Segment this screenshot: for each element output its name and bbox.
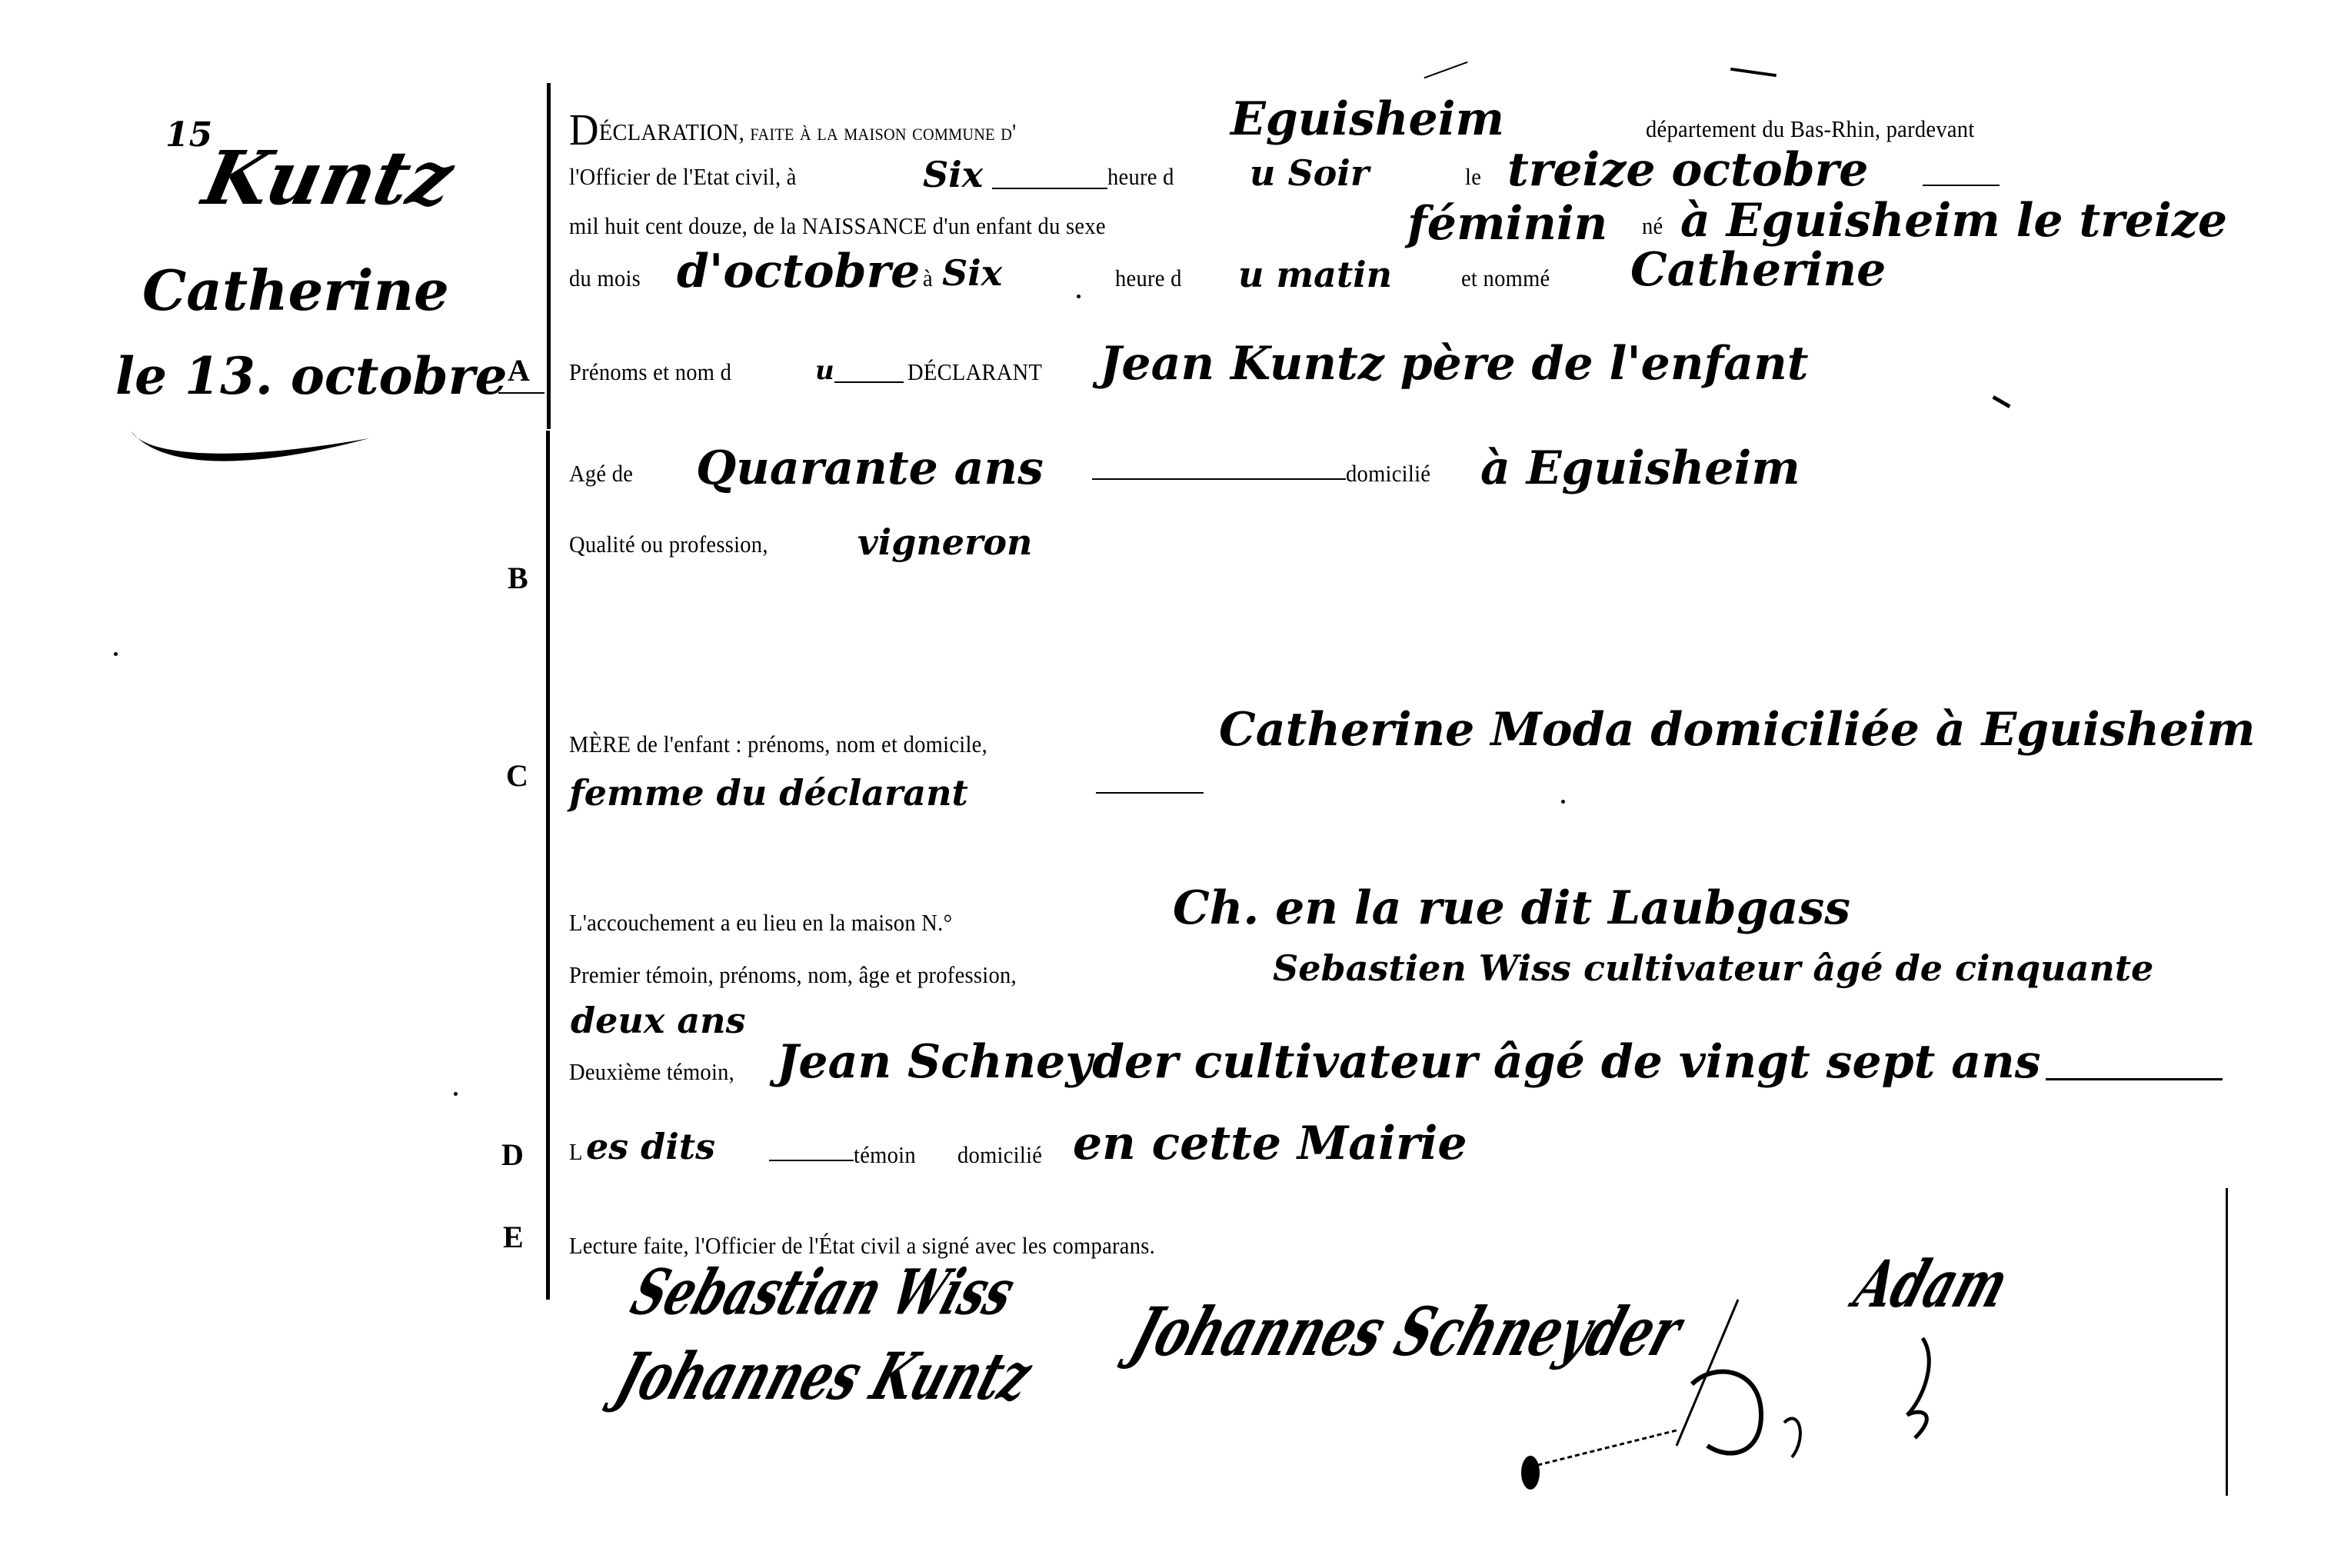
declarant-domicile-handwritten: à Eguisheim	[1480, 441, 1800, 495]
declaration-date-handwritten: treize octobre	[1507, 143, 1868, 197]
sex-handwritten: féminin	[1407, 197, 1607, 251]
commune-handwritten: Eguisheim	[1230, 92, 1504, 146]
signature-witness1: Sebastian Wiss	[623, 1256, 1024, 1329]
scan-speck	[454, 1092, 458, 1096]
ne-text: né	[1642, 212, 1663, 240]
blank-line	[834, 381, 904, 383]
witnesses-label-b: témoin	[854, 1141, 916, 1169]
heure-text-1: heure d	[1107, 163, 1174, 191]
witnesses-domicile-handwritten: en cette Mairie	[1073, 1117, 1467, 1170]
section-letter-c: C	[506, 757, 528, 794]
birthplace-date-handwritten: à Eguisheim le treize	[1680, 194, 2227, 248]
age-label: Agé de	[569, 460, 633, 488]
letter-a-underline	[498, 392, 544, 394]
du-mois-text: du mois	[569, 265, 641, 292]
nomme-text: et nommé	[1461, 265, 1550, 292]
signature-declarant: Johannes Kuntz	[608, 1340, 1041, 1415]
declarant-profession-handwritten: vigneron	[857, 521, 1032, 563]
register-page: 15 Kuntz Catherine le 13. octobre A B C …	[0, 0, 2331, 1568]
witness1-handwritten: Sebastien Wiss cultivateur âgé de cinqua…	[1273, 947, 2153, 989]
scan-speck	[1077, 295, 1081, 298]
blank-line	[1923, 185, 2000, 186]
officer-paraph-flourish	[1584, 1292, 2046, 1492]
scan-mark	[1730, 68, 1777, 77]
margin-given-name: Catherine	[142, 258, 449, 323]
margin-entry-number: 15	[165, 115, 212, 155]
scan-mark	[1424, 62, 1467, 78]
declaration-line1-text: ÉCLARATION, faite à la maison commune d'	[599, 118, 1017, 145]
month-handwritten: d'octobre	[677, 245, 920, 298]
witness2-handwritten: Jean Schneyder cultivateur âgé de vingt …	[777, 1035, 2040, 1089]
margin-date: le 13. octobre	[115, 346, 507, 406]
naissance-text: mil huit cent douze, de la NAISSANCE d'u…	[569, 212, 1106, 240]
officer-text: l'Officier de l'Etat civil, à	[569, 163, 797, 191]
margin-underline-flourish	[115, 415, 392, 477]
domicile-label: domicilié	[1346, 460, 1430, 488]
witness1-handwritten-line2: deux ans	[571, 1000, 745, 1041]
birthplace-label: L'accouchement a eu lieu en la maison N.…	[569, 909, 952, 937]
scan-speck	[1561, 800, 1565, 804]
mother-handwritten: Catherine Moda domiciliée à Eguisheim	[1219, 703, 2256, 757]
declaration-hour-handwritten: Six	[923, 154, 983, 195]
profession-label: Qualité ou profession,	[569, 531, 768, 558]
declaration-initial: D	[569, 105, 599, 155]
declarant-age-handwritten: Quarante ans	[696, 441, 1044, 495]
heure-text-2: heure d	[1115, 265, 1182, 292]
margin-surname: Kuntz	[196, 135, 461, 221]
birth-period-handwritten: u matin	[1238, 254, 1392, 295]
witnesses-label-a: L	[569, 1138, 583, 1166]
section-letter-a: A	[508, 352, 530, 388]
mother-label: MÈRE de l'enfant : prénoms, nom et domic…	[569, 731, 987, 758]
le-text: le	[1465, 163, 1481, 191]
child-name-handwritten: Catherine	[1630, 243, 1886, 297]
blank-line	[2046, 1078, 2223, 1080]
blank-line	[1096, 792, 1204, 794]
witness2-label: Deuxième témoin,	[569, 1058, 734, 1086]
declarant-label-a: Prénoms et nom d	[569, 358, 731, 386]
right-edge-rule	[2226, 1188, 2228, 1496]
section-letter-e: E	[503, 1219, 524, 1255]
declarant-article-handwritten: u	[815, 355, 834, 386]
mother-handwritten-line2: femme du déclarant	[569, 772, 968, 814]
witnesses-handwritten-a: es dits	[586, 1126, 715, 1167]
scan-speck	[114, 652, 118, 656]
vertical-rule-top	[547, 83, 551, 429]
department-text: département du Bas-Rhin, pardevant	[1646, 115, 1975, 143]
vertical-rule-bottom	[546, 431, 550, 1300]
blank-line	[992, 188, 1107, 189]
section-letter-d: D	[501, 1137, 524, 1173]
birthplace-handwritten: Ch. en la rue dit Laubgass	[1173, 881, 1850, 935]
a-text: à	[923, 265, 933, 292]
witnesses-label-c: domicilié	[957, 1141, 1042, 1169]
blank-line	[1092, 478, 1346, 480]
witness1-label: Premier témoin, prénoms, nom, âge et pro…	[569, 961, 1017, 989]
declarant-label-b: DÉCLARANT	[907, 358, 1042, 386]
declaration-line1: DÉCLARATION, faite à la maison commune d…	[569, 108, 1017, 152]
declarant-name-handwritten: Jean Kuntz père de l'enfant	[1100, 337, 1809, 391]
blank-line	[769, 1160, 854, 1161]
declaration-period-handwritten: u Soir	[1250, 152, 1369, 194]
birth-hour-handwritten: Six	[942, 252, 1002, 294]
section-letter-b: B	[508, 560, 528, 596]
scan-mark	[1992, 395, 2010, 408]
